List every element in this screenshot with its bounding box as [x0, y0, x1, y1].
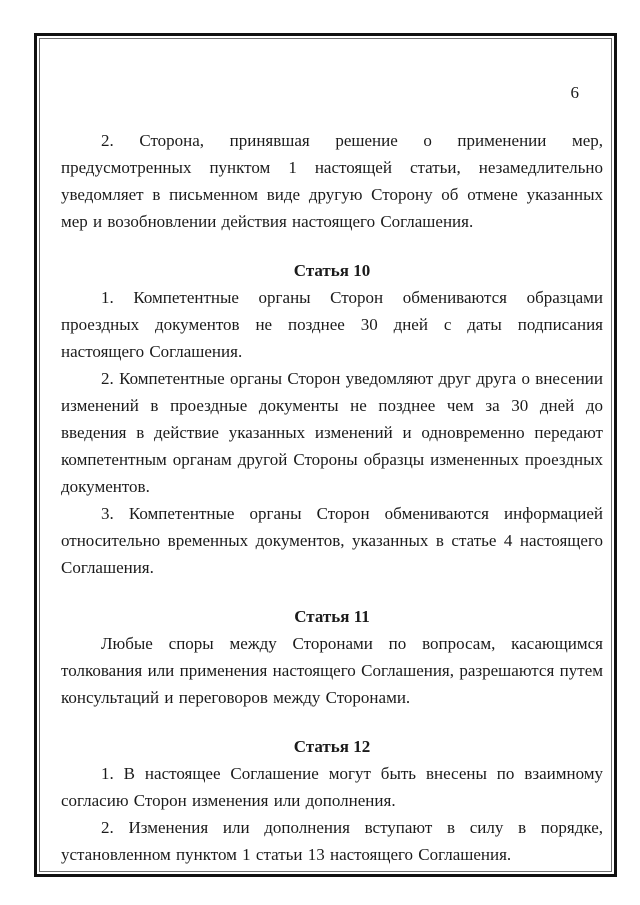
- page-border-frame: 6 2. Сторона, принявшая решение о примен…: [34, 33, 617, 877]
- article-11-heading: Статья 11: [61, 603, 603, 630]
- page-border-inner-rule: 6 2. Сторона, принявшая решение о примен…: [39, 38, 612, 872]
- article-12-paragraph-2: 2. Изменения или дополнения вступают в с…: [61, 814, 603, 868]
- article-10-paragraph-3: 3. Компетентные органы Сторон обменивают…: [61, 500, 603, 581]
- article-11-paragraph-1: Любые споры между Сторонами по вопросам,…: [61, 630, 603, 711]
- article-10-heading: Статья 10: [61, 257, 603, 284]
- article-12-paragraph-1: 1. В настоящее Соглашение могут быть вне…: [61, 760, 603, 814]
- article-10-paragraph-1: 1. Компетентные органы Сторон обменивают…: [61, 284, 603, 365]
- article-10-paragraph-2: 2. Компетентные органы Сторон уведомляют…: [61, 365, 603, 500]
- page-number: 6: [61, 79, 603, 106]
- article-12-heading: Статья 12: [61, 733, 603, 760]
- document-content: 6 2. Сторона, принявшая решение о примен…: [40, 39, 611, 871]
- paragraph-intro-point-2: 2. Сторона, принявшая решение о применен…: [61, 127, 603, 235]
